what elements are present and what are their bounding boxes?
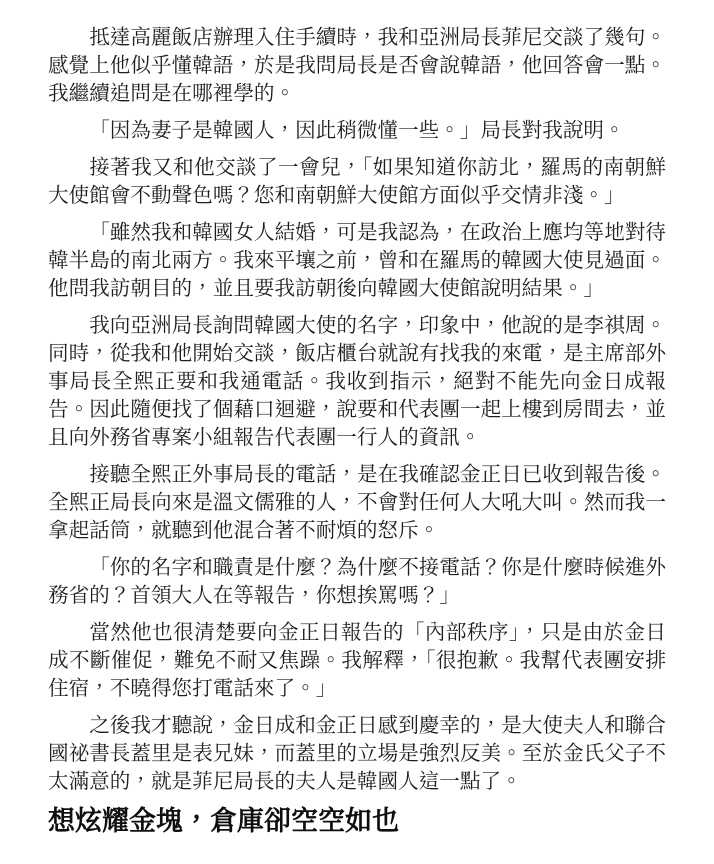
paragraph: 接著我又和他交談了一會兒，「如果知道你訪北，羅馬的南朝鮮大使館會不動聲色嗎？您和… [48,154,666,210]
text-column: 抵達高麗飯店辦理入住手續時，我和亞洲局長菲尼交談了幾句。感覺上他似乎懂韓語，於是… [48,24,666,837]
paragraph: 抵達高麗飯店辦理入住手續時，我和亞洲局長菲尼交談了幾句。感覺上他似乎懂韓語，於是… [48,24,666,108]
book-page: 抵達高麗飯店辦理入住手續時，我和亞洲局長菲尼交談了幾句。感覺上他似乎懂韓語，於是… [0,0,714,864]
section-heading: 想炫耀金塊，倉庫卻空空如也 [48,805,666,837]
paragraph: 接聽全熙正外事局長的電話，是在我確認金正日已收到報告後。全熙正局長向來是溫文儒雅… [48,461,666,545]
paragraph: 「你的名字和職責是什麼？為什麼不接電話？你是什麼時候進外務省的？首領大人在等報告… [48,554,666,610]
paragraph: 之後我才聽說，金日成和金正日感到慶幸的，是大使夫人和聯合國祕書長蓋里是表兄妹，而… [48,712,666,796]
paragraph: 我向亞洲局長詢問韓國大使的名字，印象中，他說的是李祺周。同時，從我和他開始交談，… [48,312,666,452]
paragraph: 「因為妻子是韓國人，因此稍微懂一些。」局長對我說明。 [48,117,666,145]
paragraph: 當然他也很清楚要向金正日報告的「內部秩序」，只是由於金日成不斷催促，難免不耐又焦… [48,619,666,703]
paragraph: 「雖然我和韓國女人結婚，可是我認為，在政治上應均等地對待韓半島的南北兩方。我來平… [48,219,666,303]
